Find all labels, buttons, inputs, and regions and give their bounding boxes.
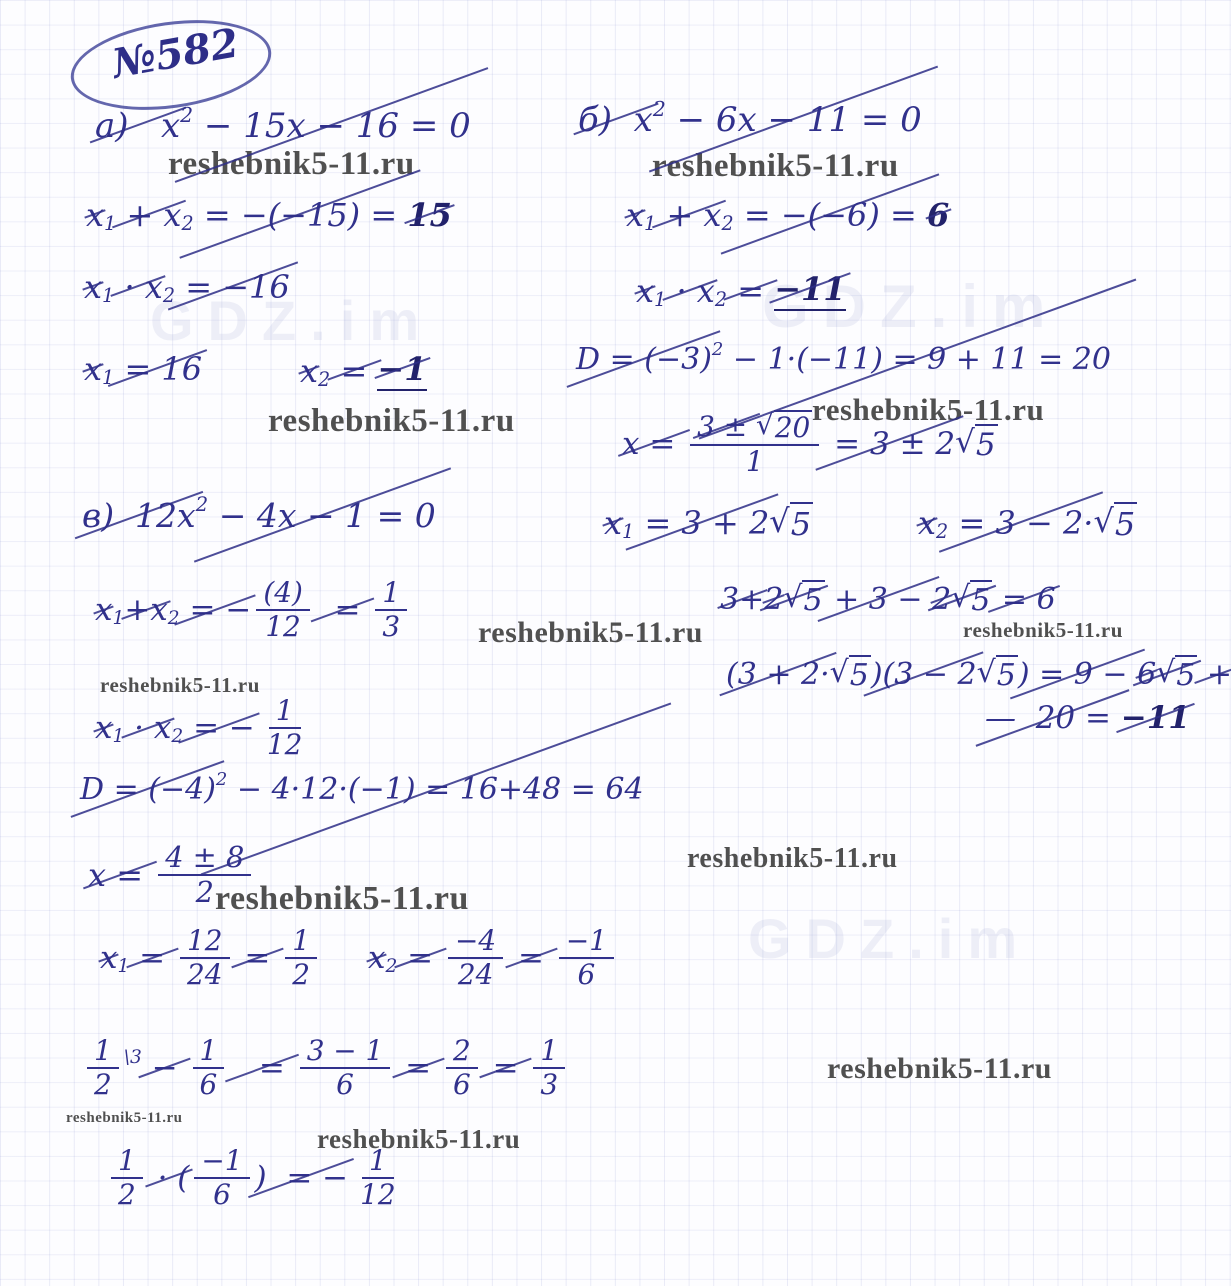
math-text: 2 bbox=[932, 582, 951, 617]
math-text: x bbox=[100, 940, 117, 976]
math-text: = − bbox=[183, 710, 255, 746]
fraction: 12 bbox=[87, 1036, 119, 1100]
math-text: −1 bbox=[377, 350, 426, 388]
handwritten-math-line: а) x2 − 15x − 16 = 0 bbox=[95, 106, 471, 146]
math-text: D = (−4) bbox=[80, 772, 216, 807]
radicand: 5 bbox=[802, 580, 824, 618]
watermark: reshebnik5-11.ru bbox=[652, 148, 899, 185]
fraction-denominator: 24 bbox=[180, 959, 230, 990]
math-text: = 16 bbox=[114, 350, 202, 388]
math-text: ) = 9 − bbox=[1018, 657, 1137, 692]
fraction-numerator: 1 bbox=[533, 1036, 565, 1069]
math-text: = bbox=[397, 940, 443, 976]
fraction-denominator: 6 bbox=[329, 1069, 361, 1100]
square-root: √5 bbox=[1156, 655, 1197, 693]
handwritten-math-line: в) 12x2 − 4x − 1 = 0 bbox=[82, 496, 436, 535]
superscript: 2 bbox=[216, 769, 227, 790]
fraction-numerator: 1 bbox=[193, 1036, 225, 1069]
math-text: — 20 = bbox=[985, 700, 1121, 736]
fraction: 112 bbox=[260, 696, 310, 760]
subscript: 1 bbox=[622, 520, 634, 543]
math-text: x bbox=[95, 592, 112, 628]
subscript: 1 bbox=[104, 212, 116, 235]
fraction: 4 ± 82 bbox=[158, 842, 251, 908]
math-text: 6 bbox=[927, 196, 949, 234]
fraction-denominator: 6 bbox=[193, 1069, 225, 1100]
square-root: √5 bbox=[830, 655, 871, 693]
fraction: −16 bbox=[194, 1146, 249, 1210]
math-text: = bbox=[129, 940, 175, 976]
math-group: 15 bbox=[407, 196, 452, 234]
math-text: + bbox=[1197, 657, 1231, 692]
math-text: 3+ bbox=[720, 582, 764, 617]
watermark: reshebnik5-11.ru bbox=[268, 403, 515, 440]
math-text: = bbox=[395, 1050, 441, 1086]
radicand: 5 bbox=[1175, 655, 1197, 693]
fraction-numerator: 3 ± √20 bbox=[690, 410, 819, 446]
math-text: = bbox=[229, 1050, 294, 1086]
fraction-denominator: 1 bbox=[739, 446, 771, 477]
fraction-denominator: 2 bbox=[111, 1179, 143, 1210]
math-text: x bbox=[95, 710, 112, 746]
fraction: 3 − 16 bbox=[300, 1036, 391, 1100]
fraction-numerator: 2 bbox=[446, 1036, 478, 1069]
fraction: 3 ± √201 bbox=[690, 410, 819, 477]
fraction: 112 bbox=[353, 1146, 403, 1210]
fraction-denominator: 12 bbox=[353, 1179, 403, 1210]
math-text: −11 bbox=[1121, 700, 1190, 736]
handwritten-math-line: x1 + x2 = −(−15) = 15 bbox=[86, 196, 452, 234]
fraction-numerator: 12 bbox=[180, 926, 230, 959]
square-root: √5 bbox=[769, 502, 813, 543]
math-text: = −(−6) = bbox=[734, 196, 927, 234]
math-text: x bbox=[604, 504, 622, 542]
superscript: 2 bbox=[196, 493, 209, 516]
radical-sign: √ bbox=[769, 502, 789, 540]
radical-sign: √ bbox=[783, 580, 802, 615]
math-text: = bbox=[235, 940, 281, 976]
math-text: x bbox=[626, 196, 644, 234]
handwritten-math-line: x1 = 16 bbox=[84, 350, 202, 388]
fraction-numerator: 1 bbox=[375, 578, 407, 611]
handwritten-math-line: x1 = 3 + 2√5 bbox=[604, 502, 813, 543]
math-text: 15 bbox=[407, 196, 452, 234]
radical-sign: √ bbox=[830, 655, 849, 690]
fraction-denominator: 6 bbox=[446, 1069, 478, 1100]
math-text: = bbox=[315, 592, 371, 628]
math-text: (3 + 2· bbox=[726, 657, 830, 692]
fraction: 26 bbox=[446, 1036, 478, 1100]
fraction: (4)12 bbox=[256, 578, 310, 642]
watermark: reshebnik5-11.ru bbox=[963, 618, 1123, 643]
fraction-numerator: 4 ± 8 bbox=[158, 842, 251, 876]
math-group: 6√5 bbox=[1137, 655, 1197, 693]
fraction-numerator: 1 bbox=[269, 696, 301, 729]
fraction: −16 bbox=[559, 926, 614, 990]
math-text: б) x bbox=[578, 100, 653, 140]
math-text: + 3 − bbox=[825, 582, 933, 617]
watermark: reshebnik5-11.ru bbox=[687, 843, 898, 875]
fraction-denominator: 2 bbox=[189, 876, 221, 908]
fraction: 13 bbox=[533, 1036, 565, 1100]
handwritten-math-line: x = 3 ± √201 = 3 ± 2√5 bbox=[622, 410, 998, 477]
notebook-sheet: №582 reshebnik5-11.rureshebnik5-11.rures… bbox=[0, 0, 1231, 1286]
fraction: 12 bbox=[285, 926, 317, 990]
watermark: reshebnik5-11.ru bbox=[168, 146, 415, 183]
math-text: x bbox=[84, 268, 102, 306]
radicand: 5 bbox=[849, 655, 871, 693]
handwritten-math-line: (3 + 2·√5)(3 − 2√5) = 9 − 6√5 + 6√5 bbox=[726, 655, 1231, 693]
square-root: √5 bbox=[783, 580, 824, 618]
fraction-numerator: 1 bbox=[87, 1036, 119, 1069]
radical-sign: √ bbox=[1093, 502, 1113, 540]
fraction-denominator: 2 bbox=[87, 1069, 119, 1100]
fraction-numerator: (4) bbox=[256, 578, 310, 611]
handwritten-math-line: x1 · x2 = −11 bbox=[636, 270, 846, 311]
math-text: x bbox=[84, 350, 102, 388]
handwritten-math-line: x2 = −1 bbox=[300, 350, 427, 391]
math-group: −11 bbox=[1121, 700, 1190, 736]
handwritten-math-line: 12\3 − 16 = 3 − 16 = 26 = 13 bbox=[82, 1036, 570, 1100]
fraction-denominator: 2 bbox=[285, 959, 317, 990]
math-text: + x bbox=[656, 196, 721, 234]
math-text: x bbox=[86, 196, 104, 234]
math-text: = 6 bbox=[992, 582, 1055, 617]
math-text: ) = − bbox=[255, 1160, 349, 1196]
math-text: x bbox=[300, 352, 318, 390]
superscript: 2 bbox=[653, 97, 666, 121]
math-group: 2√5 bbox=[764, 580, 824, 618]
math-text: = bbox=[483, 1050, 529, 1086]
radicand: 5 bbox=[996, 655, 1018, 693]
radicand: 20 bbox=[774, 410, 813, 443]
math-text: x = bbox=[88, 856, 153, 894]
radical-sign: √ bbox=[951, 580, 970, 615]
math-text: а) x bbox=[95, 106, 180, 146]
fraction-denominator: 12 bbox=[260, 729, 310, 760]
handwritten-math-line: x2 = 3 − 2·√5 bbox=[918, 502, 1137, 543]
subscript: 1 bbox=[644, 212, 656, 235]
fraction: 13 bbox=[375, 578, 407, 642]
math-text: = −(−15) = bbox=[194, 196, 408, 234]
math-text: x bbox=[368, 940, 385, 976]
radicand: 5 bbox=[1114, 502, 1137, 543]
math-text: 2 bbox=[764, 582, 783, 617]
superscript: \3 bbox=[124, 1047, 142, 1068]
math-text: x bbox=[636, 272, 654, 310]
fraction-denominator: 24 bbox=[451, 959, 501, 990]
math-text: − bbox=[142, 1050, 188, 1086]
handwritten-math-line: x1 · x2 = −16 bbox=[84, 268, 290, 306]
math-text: 3 ± bbox=[697, 412, 756, 442]
math-group: −1 bbox=[377, 350, 426, 391]
math-text: +x bbox=[124, 592, 167, 628]
fraction-numerator: 3 − 1 bbox=[300, 1036, 391, 1069]
math-text: = − bbox=[180, 592, 252, 628]
handwritten-math-line: 3+2√5 + 3 − 2√5 = 6 bbox=[720, 580, 1056, 618]
fraction-numerator: −1 bbox=[194, 1146, 249, 1179]
subscript: 2 bbox=[181, 212, 193, 235]
fraction-denominator: 3 bbox=[533, 1069, 565, 1100]
fraction: 16 bbox=[193, 1036, 225, 1100]
fraction-denominator: 12 bbox=[258, 611, 308, 642]
square-root: √5 bbox=[1093, 502, 1137, 543]
watermark: reshebnik5-11.ru bbox=[66, 1110, 183, 1127]
math-text: − 6x − 11 = 0 bbox=[666, 100, 922, 140]
math-text: · x bbox=[124, 710, 171, 746]
handwritten-math-line: x1 = 1224 = 12 bbox=[100, 926, 322, 990]
handwritten-math-line: D = (−4)2 − 4·12·(−1) = 16+48 = 64 bbox=[80, 772, 644, 807]
fraction-denominator: 3 bbox=[375, 611, 407, 642]
math-text: = bbox=[727, 272, 774, 310]
math-text: = bbox=[508, 940, 554, 976]
superscript: 2 bbox=[180, 103, 193, 127]
handwritten-math-line: x1 + x2 = −(−6) = 6 bbox=[626, 196, 949, 234]
subscript: 2 bbox=[171, 726, 183, 747]
math-text: x = bbox=[622, 426, 685, 462]
radicand: 5 bbox=[790, 502, 813, 543]
handwritten-math-line: D = (−3)2 − 1·(−11) = 9 + 11 = 20 bbox=[576, 342, 1111, 377]
radical-sign: √ bbox=[955, 424, 975, 460]
math-group: 3 ± bbox=[697, 412, 756, 442]
square-root: √5 bbox=[955, 424, 998, 463]
math-text: = 3 − 2· bbox=[948, 504, 1093, 542]
fraction-numerator: 1 bbox=[285, 926, 317, 959]
math-text: · x bbox=[114, 268, 163, 306]
handwritten-math-line: x2 = −424 = −16 bbox=[368, 926, 619, 990]
subscript: 2 bbox=[163, 284, 175, 307]
math-text: · x bbox=[666, 272, 715, 310]
watermark: reshebnik5-11.ru bbox=[827, 1052, 1052, 1086]
radicand: 5 bbox=[975, 424, 998, 463]
fraction-numerator: −1 bbox=[559, 926, 614, 959]
subscript: 2 bbox=[936, 520, 948, 543]
handwritten-math-line: x1+x2 = −(4)12 = 13 bbox=[95, 578, 412, 642]
superscript: 2 bbox=[712, 339, 723, 360]
watermark: reshebnik5-11.ru bbox=[478, 616, 703, 650]
math-text: = −16 bbox=[175, 268, 290, 306]
fraction-denominator: 6 bbox=[206, 1179, 238, 1210]
math-text: x bbox=[918, 504, 936, 542]
fraction: 1224 bbox=[180, 926, 230, 990]
square-root: √5 bbox=[951, 580, 992, 618]
handwritten-math-line: x1 · x2 = −112 bbox=[95, 696, 314, 760]
math-text: − 4x − 1 = 0 bbox=[208, 496, 436, 535]
math-group: −11 bbox=[774, 270, 845, 311]
square-root: √5 bbox=[977, 655, 1018, 693]
math-text: 6 bbox=[1137, 657, 1156, 692]
math-group: 2√5 bbox=[932, 580, 992, 618]
math-text: D = (−3) bbox=[576, 342, 712, 377]
subscript: 2 bbox=[168, 608, 180, 629]
math-text: = 3 ± 2 bbox=[824, 426, 955, 462]
radical-sign: √ bbox=[977, 655, 996, 690]
math-group: 6 bbox=[927, 196, 949, 234]
faint-background-watermark: GDZ.im bbox=[748, 906, 1031, 971]
math-text: − 4·12·(−1) = 16+48 = 64 bbox=[227, 772, 643, 807]
math-text: + x bbox=[116, 196, 181, 234]
math-text: = 3 + 2 bbox=[634, 504, 769, 542]
radical-sign: √ bbox=[1156, 655, 1175, 690]
watermark: reshebnik5-11.ru bbox=[100, 673, 260, 698]
math-text: в) 12x bbox=[82, 496, 196, 535]
fraction-numerator: −4 bbox=[448, 926, 503, 959]
subscript: 2 bbox=[721, 212, 733, 235]
fraction-numerator: 1 bbox=[111, 1146, 143, 1179]
fraction-denominator: 6 bbox=[571, 959, 603, 990]
handwritten-math-line: 12 · (−16) = −112 bbox=[106, 1146, 408, 1210]
math-text: )(3 − 2 bbox=[871, 657, 977, 692]
handwritten-math-line: б) x2 − 6x − 11 = 0 bbox=[578, 100, 922, 140]
math-text: · ( bbox=[148, 1160, 190, 1196]
math-text: = bbox=[330, 352, 377, 390]
square-root: √20 bbox=[756, 410, 812, 443]
math-text: −11 bbox=[774, 270, 845, 308]
handwritten-math-line: x = 4 ± 82 bbox=[88, 842, 256, 908]
fraction: 12 bbox=[111, 1146, 143, 1210]
math-text: − 15x − 16 = 0 bbox=[193, 106, 471, 146]
fraction: −424 bbox=[448, 926, 503, 990]
fraction-numerator: 1 bbox=[362, 1146, 394, 1179]
math-text: − 1·(−11) = 9 + 11 = 20 bbox=[723, 342, 1111, 377]
handwritten-math-line: — 20 = −11 bbox=[985, 700, 1190, 736]
